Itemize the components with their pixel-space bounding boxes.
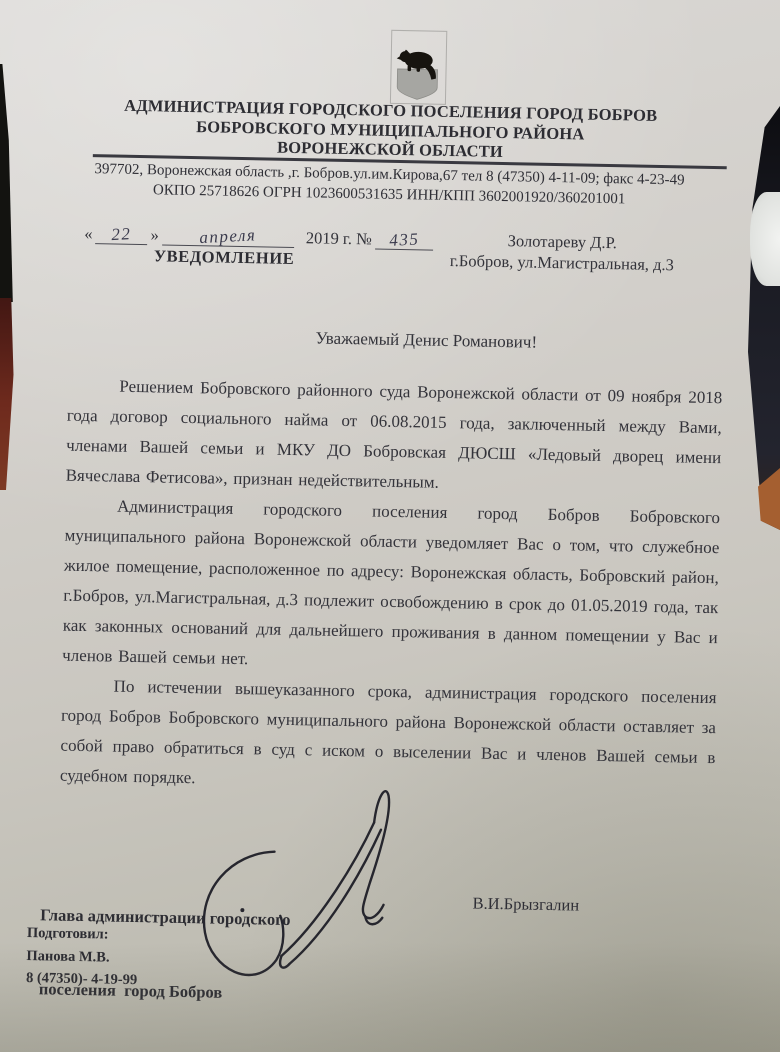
document-title: УВЕДОМЛЕНИЕ	[154, 246, 295, 269]
coat-of-arms-graphic	[391, 31, 444, 102]
photo-bottom-shadow	[0, 942, 780, 1052]
day-blank-field: 22	[95, 223, 147, 245]
recipient-address: г.Бобров, ул.Магистральная, д.3	[446, 250, 678, 275]
body-paragraph-2: Администрация городского поселения город…	[62, 491, 720, 684]
document-paper: АДМИНИСТРАЦИЯ ГОРОДСКОГО ПОСЕЛЕНИЯ ГОРОД…	[0, 0, 780, 1052]
body-text: Решением Бобровского районного суда Воро…	[60, 371, 723, 803]
handwritten-day: 22	[111, 224, 132, 245]
signer-name: В.И.Брызгалин	[472, 894, 579, 916]
year-number-label: 2019 г. №	[306, 228, 372, 248]
photo-of-document: АДМИНИСТРАЦИЯ ГОРОДСКОГО ПОСЕЛЕНИЯ ГОРОД…	[0, 0, 780, 1052]
body-paragraph-1: Решением Бобровского районного суда Воро…	[65, 371, 722, 504]
close-quote: »	[150, 225, 159, 244]
beaver-emblem-icon	[390, 30, 447, 105]
date-number-line: «22»апреля2019 г. №435	[84, 223, 436, 251]
letterhead-contacts: 397702, Воронежская область ,г. Бобров.у…	[62, 160, 717, 212]
open-quote: «	[84, 224, 93, 243]
handwritten-month: апреля	[199, 225, 257, 248]
recipient-block: Золотареву Д.Р. г.Бобров, ул.Магистральн…	[446, 230, 679, 275]
salutation: Уважаемый Денис Романович!	[116, 325, 736, 357]
month-blank-field: апреля	[162, 224, 294, 248]
number-blank-field: 435	[375, 229, 433, 251]
handwritten-number: 435	[388, 229, 419, 250]
